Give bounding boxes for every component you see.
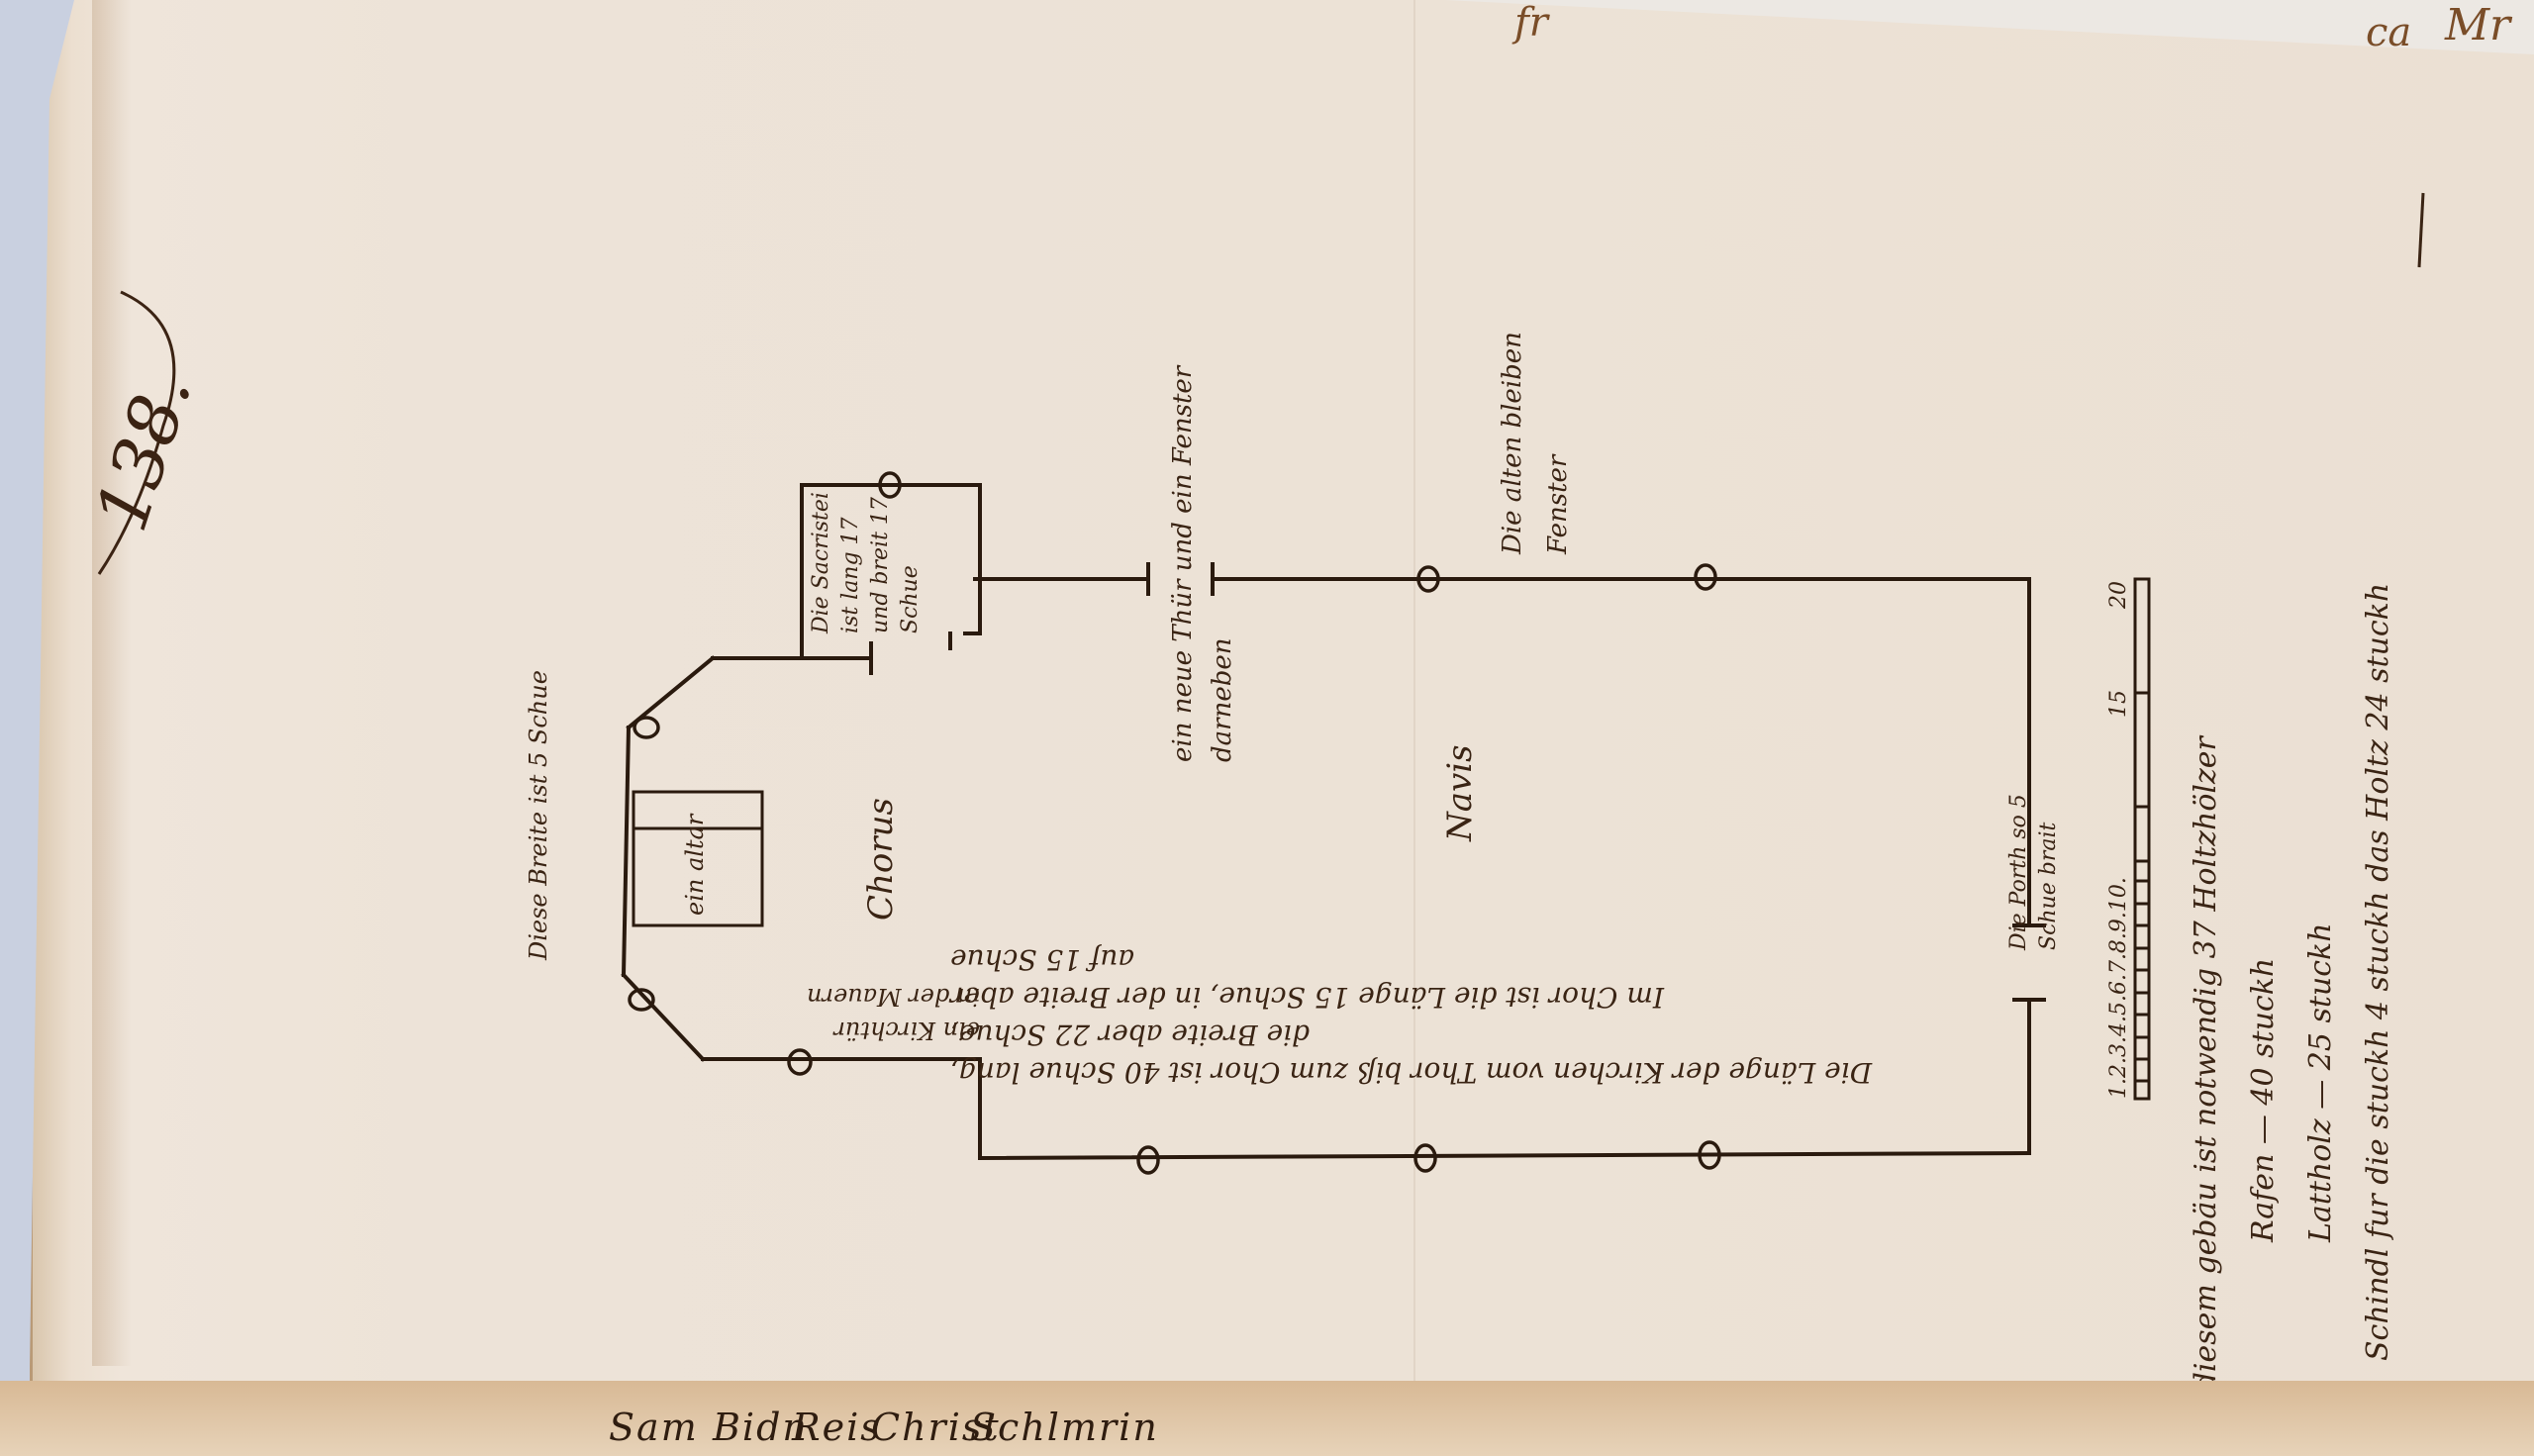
label-chorus: Chorus bbox=[861, 798, 901, 921]
label-portal: Die Porth so 5 Schue brait bbox=[2004, 792, 2064, 950]
materials-line-4: Schindl fur die stuckh 4 stuckh das Holt… bbox=[2350, 583, 2407, 1440]
dimensions-text-block: Die Länge der Kirchen vom Thor biß zum C… bbox=[950, 940, 2029, 1091]
lower-fragment-3: Reis bbox=[792, 1406, 882, 1449]
dimensions-line-4: auf 15 Schue bbox=[950, 940, 2029, 978]
lower-page bbox=[0, 1381, 2534, 1456]
label-sacristy: Die Sacristei ist lang 17 und breit 17 S… bbox=[807, 485, 926, 633]
top-fragment-2: ca bbox=[2366, 10, 2411, 55]
top-fragment-3: Mr bbox=[2445, 0, 2510, 50]
scale-bar-label: 1.2.3.4.5.6.7.8.9.10. bbox=[2106, 877, 2131, 1099]
materials-line-3: Lattholz — 25 stuckh bbox=[2292, 583, 2350, 1440]
dimensions-line-2: die Breite aber 22 Schue, bbox=[950, 1016, 2029, 1053]
label-old-windows: Die alten bleiben Fenster bbox=[1490, 228, 1581, 554]
chorus-note-line-1: ein Kirchtür bbox=[723, 1014, 980, 1047]
margin-mark bbox=[2419, 193, 2423, 267]
top-fragment-1: fr bbox=[1514, 0, 1548, 46]
dimensions-line-1: Die Länge der Kirchen vom Thor biß zum C… bbox=[950, 1053, 2029, 1091]
scale-tick-15: 15 bbox=[2106, 690, 2131, 718]
materials-line-1: Zu diesem gebäu ist notwendig 37 Holtzhö… bbox=[2178, 583, 2235, 1440]
chorus-note-line-2: in der Mauern bbox=[723, 980, 980, 1014]
lower-fragment-6: rin bbox=[1099, 1406, 1159, 1449]
scale-bar bbox=[2135, 579, 2149, 1099]
label-chorus-width: Diese Breite ist 5 Schue bbox=[525, 643, 552, 960]
label-new-door-window: ein neue Thür und ein Fenster darneben bbox=[1163, 346, 1242, 762]
dimensions-line-3: Im Chor ist die Länge 15 Schue, in der B… bbox=[950, 978, 2029, 1016]
lower-fragment-5: Schlm bbox=[970, 1406, 1099, 1449]
label-navis: Navis bbox=[1440, 744, 1480, 841]
scale-tick-20: 20 bbox=[2106, 581, 2131, 609]
materials-note: Zu diesem gebäu ist notwendig 37 Holtzhö… bbox=[2178, 583, 2407, 1440]
label-altar: ein altar bbox=[681, 815, 709, 916]
chorus-note: ein Kirchtür in der Mauern bbox=[723, 980, 980, 1047]
lower-fragment-1: Sam bbox=[609, 1406, 699, 1449]
church-floor-plan bbox=[0, 0, 2534, 1456]
materials-line-2: Rafen — 40 stuckh bbox=[2235, 583, 2292, 1440]
